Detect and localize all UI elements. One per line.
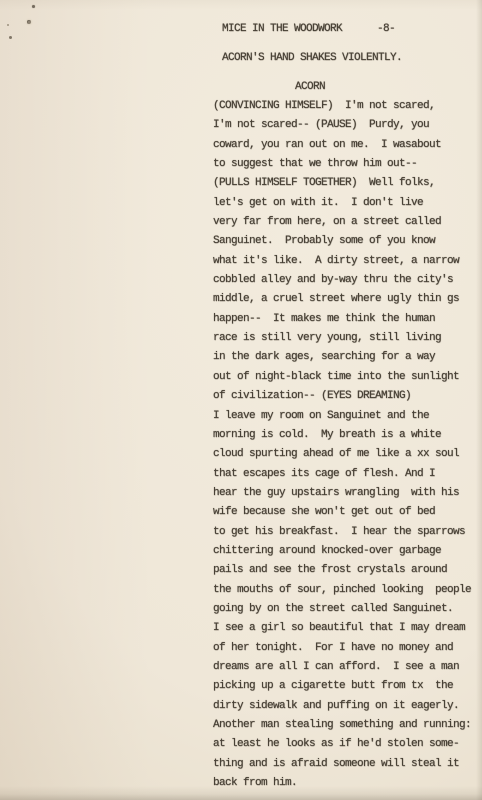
dialogue-line: chittering around knocked-over garbage	[213, 542, 471, 561]
dialogue-line: dreams are all I can afford. I see a man	[213, 658, 471, 677]
dialogue-line: I'm not scared-- (PAUSE) Purdy, you	[213, 116, 471, 135]
dialogue-line: picking up a cigarette butt from tx the	[213, 677, 471, 696]
dialogue-line: at least he looks as if he'd stolen some…	[213, 735, 471, 754]
dialogue-line: cobbled alley and by-way thru the city's	[213, 271, 471, 290]
dialogue-line: of her tonight. For I have no money and	[213, 639, 471, 658]
character-cue: ACORN	[295, 81, 325, 93]
dialogue-line: the mouths of sour, pinched looking peop…	[213, 581, 471, 600]
dialogue-line: morning is cold. My breath is a white	[213, 426, 471, 445]
dialogue-line: Sanguinet. Probably some of you know	[213, 232, 471, 251]
dialogue-line: back from him.	[213, 774, 471, 793]
scene-direction: ACORN'S HAND SHAKES VIOLENTLY.	[222, 52, 402, 64]
dialogue-line: I see a girl so beautiful that I may dre…	[213, 619, 471, 638]
script-page: MICE IN THE WOODWORK -8- ACORN'S HAND SH…	[0, 0, 482, 800]
dialogue-line: middle, a cruel street where ugly thin g…	[213, 290, 471, 309]
dialogue-line: I leave my room on Sanguinet and the	[213, 407, 471, 426]
page-number: -8-	[377, 23, 395, 35]
paper-speck	[32, 5, 35, 8]
dialogue-line: (PULLS HIMSELF TOGETHER) Well folks,	[213, 174, 471, 193]
dialogue-line: race is still very young, still living	[213, 329, 471, 348]
dialogue-line: coward, you ran out on me. I wasabout	[213, 136, 471, 155]
dialogue-line: let's get on with it. I don't live	[213, 194, 471, 213]
script-title: MICE IN THE WOODWORK	[222, 23, 342, 35]
dialogue-line: pails and see the frost crystals around	[213, 561, 471, 580]
paper-speck	[27, 20, 31, 24]
dialogue-line: wife because she won't get out of bed	[213, 503, 471, 522]
dialogue-line: of civilization-- (EYES DREAMING)	[213, 387, 471, 406]
paper-speck	[9, 36, 12, 39]
dialogue-line: in the dark ages, searching for a way	[213, 348, 471, 367]
dialogue-line: very far from here, on a street called	[213, 213, 471, 232]
dialogue-line: to suggest that we throw him out--	[213, 155, 471, 174]
dialogue-line: what it's like. A dirty street, a narrow	[213, 252, 471, 271]
dialogue-line: cloud spurting ahead of me like a xx sou…	[213, 445, 471, 464]
dialogue-line: to get his breakfast. I hear the sparrow…	[213, 523, 471, 542]
dialogue-line: (CONVINCING HIMSELF) I'm not scared,	[213, 97, 471, 116]
dialogue-line: hear the guy upstairs wrangling with his	[213, 484, 471, 503]
dialogue-line: going by on the street called Sanguinet.	[213, 600, 471, 619]
dialogue-line: thing and is afraid someone will steal i…	[213, 755, 471, 774]
dialogue-line: that escapes its cage of flesh. And I	[213, 465, 471, 484]
dialogue-line: happen-- It makes me think the human	[213, 310, 471, 329]
dialogue-line: out of night-black time into the sunligh…	[213, 368, 471, 387]
dialogue-line: dirty sidewalk and puffing on it eagerly…	[213, 697, 471, 716]
dialogue-text: (CONVINCING HIMSELF) I'm not scared,I'm …	[213, 97, 471, 793]
paper-speck	[7, 24, 9, 26]
dialogue-line: Another man stealing something and runni…	[213, 716, 471, 735]
